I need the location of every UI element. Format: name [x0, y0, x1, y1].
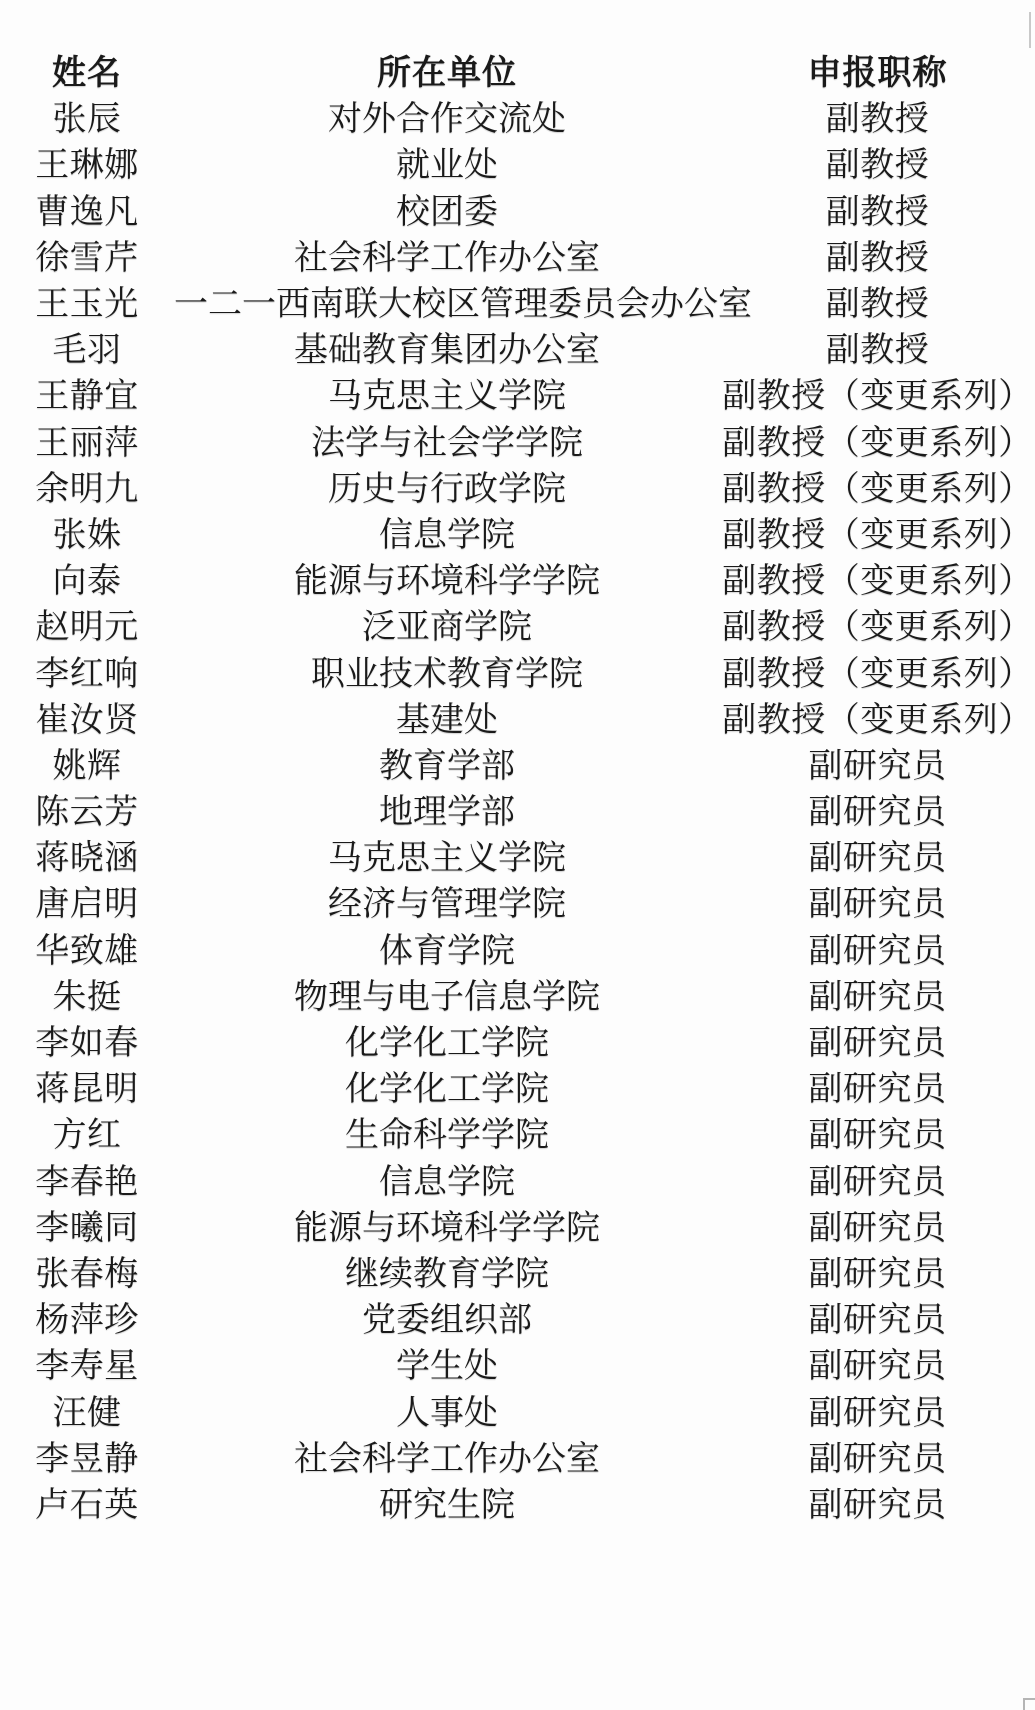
staff-title: 副研究员 — [720, 1349, 1035, 1383]
column-header-title: 申报职称 — [720, 56, 1035, 90]
table-row: 李如春 化学化工学院 副研究员 — [0, 1020, 1035, 1066]
staff-unit: 信息学院 — [174, 1165, 720, 1199]
staff-name: 陈云芳 — [0, 795, 174, 829]
staff-title: 副教授（变更系列） — [720, 426, 1035, 460]
staff-name: 李曦同 — [0, 1211, 174, 1245]
table-row: 曹逸凡 校团委 副教授 — [0, 189, 1035, 235]
staff-unit: 泛亚商学院 — [174, 610, 720, 644]
staff-title: 副教授 — [720, 287, 1035, 321]
table-row: 方红 生命科学学院 副研究员 — [0, 1112, 1035, 1158]
staff-name: 蒋昆明 — [0, 1072, 174, 1106]
staff-name: 王静宜 — [0, 379, 174, 413]
staff-title: 副研究员 — [720, 1257, 1035, 1291]
table-row: 向泰 能源与环境科学学院 副教授（变更系列） — [0, 558, 1035, 604]
table-row: 赵明元 泛亚商学院 副教授（变更系列） — [0, 604, 1035, 650]
staff-unit: 对外合作交流处 — [174, 102, 720, 136]
staff-title: 副教授（变更系列） — [720, 518, 1035, 552]
staff-title: 副研究员 — [720, 1396, 1035, 1430]
table-row: 李春艳 信息学院 副研究员 — [0, 1159, 1035, 1205]
staff-unit: 研究生院 — [174, 1488, 720, 1522]
table-row: 唐启明 经济与管理学院 副研究员 — [0, 881, 1035, 927]
staff-unit: 马克思主义学院 — [174, 841, 720, 875]
staff-title: 副教授（变更系列） — [720, 610, 1035, 644]
table-row: 王琳娜 就业处 副教授 — [0, 142, 1035, 188]
table-row: 余明九 历史与行政学院 副教授（变更系列） — [0, 466, 1035, 512]
staff-name: 李昱静 — [0, 1442, 174, 1476]
staff-name: 向泰 — [0, 564, 174, 598]
table-row: 王静宜 马克思主义学院 副教授（变更系列） — [0, 373, 1035, 419]
table-row: 李昱静 社会科学工作办公室 副研究员 — [0, 1436, 1035, 1482]
staff-unit: 学生处 — [174, 1349, 720, 1383]
staff-unit: 教育学部 — [174, 749, 720, 783]
table-row: 毛羽 基础教育集团办公室 副教授 — [0, 327, 1035, 373]
staff-title: 副研究员 — [720, 1026, 1035, 1060]
document-page: 姓名 所在单位 申报职称 张辰 对外合作交流处 副教授 王琳娜 就业处 副教授 … — [0, 0, 1035, 1710]
table-row: 蒋昆明 化学化工学院 副研究员 — [0, 1066, 1035, 1112]
staff-unit: 就业处 — [174, 148, 720, 182]
staff-name: 赵明元 — [0, 610, 174, 644]
table-row: 李曦同 能源与环境科学学院 副研究员 — [0, 1205, 1035, 1251]
staff-name: 王玉光 — [0, 287, 174, 321]
table-header-row: 姓名 所在单位 申报职称 — [0, 50, 1035, 96]
staff-title: 副研究员 — [720, 1072, 1035, 1106]
staff-unit: 校团委 — [174, 195, 720, 229]
staff-title: 副研究员 — [720, 980, 1035, 1014]
staff-title: 副研究员 — [720, 887, 1035, 921]
staff-unit: 地理学部 — [174, 795, 720, 829]
staff-name: 毛羽 — [0, 333, 174, 367]
staff-title: 副教授 — [720, 148, 1035, 182]
staff-title: 副教授（变更系列） — [720, 703, 1035, 737]
table-row: 卢石英 研究生院 副研究员 — [0, 1482, 1035, 1528]
staff-name: 姚辉 — [0, 749, 174, 783]
staff-name: 方红 — [0, 1118, 174, 1152]
staff-title: 副研究员 — [720, 1211, 1035, 1245]
staff-name: 王琳娜 — [0, 148, 174, 182]
table-row: 李寿星 学生处 副研究员 — [0, 1343, 1035, 1389]
staff-unit: 法学与社会学学院 — [174, 426, 720, 460]
staff-title: 副研究员 — [720, 1118, 1035, 1152]
staff-title: 副教授 — [720, 241, 1035, 275]
staff-unit: 职业技术教育学院 — [174, 657, 720, 691]
staff-name: 张辰 — [0, 102, 174, 136]
staff-title: 副教授 — [720, 195, 1035, 229]
staff-unit: 信息学院 — [174, 518, 720, 552]
table-row: 王玉光 一二一西南联大校区管理委员会办公室 副教授 — [0, 281, 1035, 327]
staff-name: 李如春 — [0, 1026, 174, 1060]
staff-unit: 经济与管理学院 — [174, 887, 720, 921]
staff-title: 副教授 — [720, 333, 1035, 367]
photo-artifact-edge-line — [1029, 12, 1031, 48]
staff-title: 副研究员 — [720, 1442, 1035, 1476]
table-row: 陈云芳 地理学部 副研究员 — [0, 789, 1035, 835]
staff-table: 姓名 所在单位 申报职称 张辰 对外合作交流处 副教授 王琳娜 就业处 副教授 … — [0, 50, 1035, 1528]
staff-name: 朱挺 — [0, 980, 174, 1014]
staff-unit: 化学化工学院 — [174, 1072, 720, 1106]
staff-name: 曹逸凡 — [0, 195, 174, 229]
staff-name: 杨萍珍 — [0, 1303, 174, 1337]
staff-unit: 历史与行政学院 — [174, 472, 720, 506]
table-row: 张辰 对外合作交流处 副教授 — [0, 96, 1035, 142]
staff-name: 李寿星 — [0, 1349, 174, 1383]
staff-title: 副研究员 — [720, 1165, 1035, 1199]
table-row: 华致雄 体育学院 副研究员 — [0, 928, 1035, 974]
staff-unit: 一二一西南联大校区管理委员会办公室 — [174, 287, 720, 321]
staff-title: 副教授 — [720, 102, 1035, 136]
staff-unit: 基础教育集团办公室 — [174, 333, 720, 367]
table-row: 徐雪芹 社会科学工作办公室 副教授 — [0, 235, 1035, 281]
staff-title: 副研究员 — [720, 1488, 1035, 1522]
table-row: 张姝 信息学院 副教授（变更系列） — [0, 512, 1035, 558]
staff-unit: 生命科学学院 — [174, 1118, 720, 1152]
staff-name: 王丽萍 — [0, 426, 174, 460]
staff-unit: 基建处 — [174, 703, 720, 737]
staff-unit: 马克思主义学院 — [174, 379, 720, 413]
staff-unit: 化学化工学院 — [174, 1026, 720, 1060]
staff-title: 副研究员 — [720, 841, 1035, 875]
staff-name: 唐启明 — [0, 887, 174, 921]
staff-name: 蒋晓涵 — [0, 841, 174, 875]
staff-unit: 党委组织部 — [174, 1303, 720, 1337]
staff-unit: 体育学院 — [174, 934, 720, 968]
staff-name: 汪健 — [0, 1396, 174, 1430]
staff-name: 华致雄 — [0, 934, 174, 968]
staff-title: 副研究员 — [720, 934, 1035, 968]
table-row: 张春梅 继续教育学院 副研究员 — [0, 1251, 1035, 1297]
staff-name: 卢石英 — [0, 1488, 174, 1522]
staff-unit: 社会科学工作办公室 — [174, 1442, 720, 1476]
staff-unit: 能源与环境科学学院 — [174, 564, 720, 598]
staff-name: 李红响 — [0, 657, 174, 691]
photo-artifact-corner-mark — [1023, 1698, 1035, 1710]
staff-name: 余明九 — [0, 472, 174, 506]
staff-unit: 人事处 — [174, 1396, 720, 1430]
staff-name: 张姝 — [0, 518, 174, 552]
table-row: 朱挺 物理与电子信息学院 副研究员 — [0, 974, 1035, 1020]
table-row: 杨萍珍 党委组织部 副研究员 — [0, 1297, 1035, 1343]
staff-unit: 社会科学工作办公室 — [174, 241, 720, 275]
staff-title: 副教授（变更系列） — [720, 564, 1035, 598]
staff-title: 副教授（变更系列） — [720, 379, 1035, 413]
table-row: 王丽萍 法学与社会学学院 副教授（变更系列） — [0, 420, 1035, 466]
table-row: 姚辉 教育学部 副研究员 — [0, 743, 1035, 789]
staff-unit: 能源与环境科学学院 — [174, 1211, 720, 1245]
column-header-name: 姓名 — [0, 56, 174, 90]
table-row: 蒋晓涵 马克思主义学院 副研究员 — [0, 835, 1035, 881]
staff-title: 副研究员 — [720, 795, 1035, 829]
table-row: 汪健 人事处 副研究员 — [0, 1389, 1035, 1435]
staff-unit: 物理与电子信息学院 — [174, 980, 720, 1014]
staff-name: 崔汝贤 — [0, 703, 174, 737]
staff-title: 副教授（变更系列） — [720, 472, 1035, 506]
staff-title: 副研究员 — [720, 1303, 1035, 1337]
staff-unit: 继续教育学院 — [174, 1257, 720, 1291]
column-header-unit: 所在单位 — [174, 56, 720, 90]
table-row: 李红响 职业技术教育学院 副教授（变更系列） — [0, 650, 1035, 696]
staff-name: 李春艳 — [0, 1165, 174, 1199]
staff-title: 副教授（变更系列） — [720, 657, 1035, 691]
staff-name: 徐雪芹 — [0, 241, 174, 275]
staff-name: 张春梅 — [0, 1257, 174, 1291]
staff-title: 副研究员 — [720, 749, 1035, 783]
table-row: 崔汝贤 基建处 副教授（变更系列） — [0, 697, 1035, 743]
